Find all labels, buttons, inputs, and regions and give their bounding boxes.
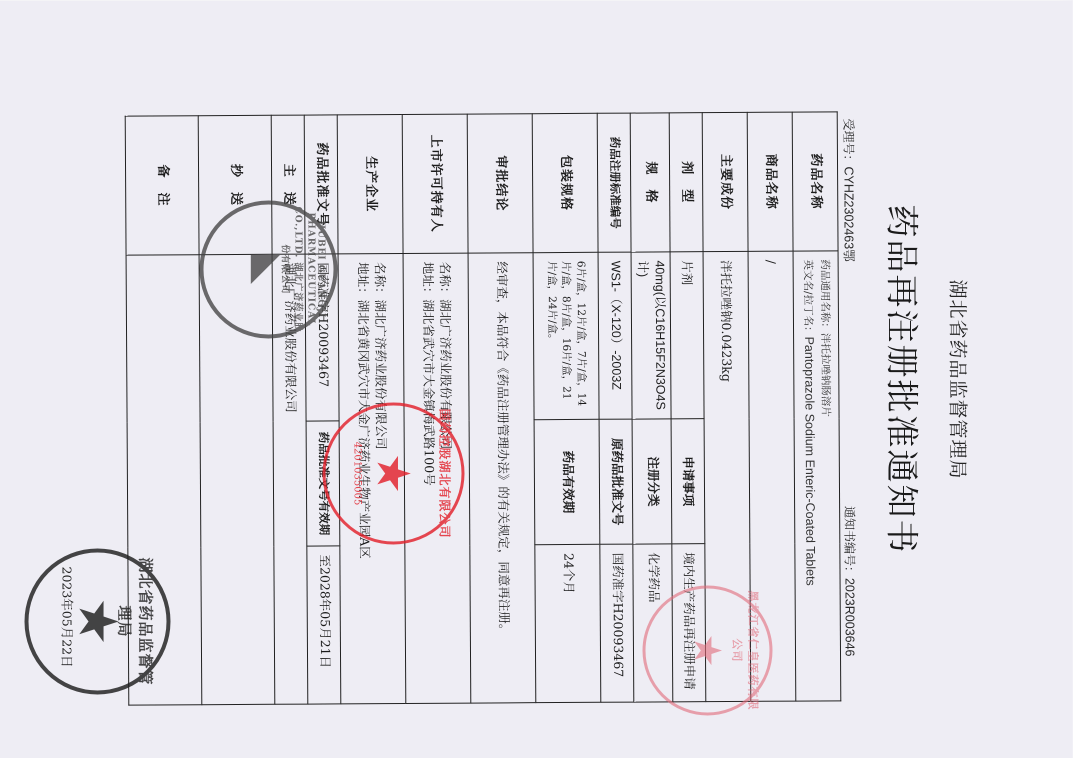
value-remarks [126,255,202,705]
label-approval-number: 药品批准文号 [304,115,338,254]
mah-name: 名称：湖北广济药业股份有限公司 [436,262,456,695]
table-row-main-ingredient: 主要成份 泮托拉唑钠0.0423kg [702,112,751,701]
star-icon: ★ [71,597,125,645]
label-main-recipient: 主 送 [271,115,305,254]
value-trade-name: / [748,251,796,701]
table-row-drug-name: 药品名称 药品通用名称：泮托拉唑钠肠溶片 英文名/拉丁名：Pantoprazol… [792,112,841,701]
acceptance-number: 受理号：CYHZ2302463鄂 [841,119,859,262]
notice-number: 通知书编号：2023R003646 [842,506,859,657]
value-original-approval-number: 国药准字H20093467 [600,544,634,702]
value-standard-number: WS1-（X-120）-2003Z [598,252,632,419]
value-packaging: 6片/盒，12片/盒，7片/盒，14片/盒，8片/盒，16片/盒，21片/盒，2… [533,252,599,419]
value-application-type: 境内生产药品再注册申请 [672,544,706,702]
label-dosage-form: 剂 型 [669,113,703,252]
table-row-remarks: 备 注 [125,116,202,705]
table-row-conclusion: 审批结论 经审查，本品符合《药品注册管理办法》的有关规定，同意再注册。 [467,114,536,703]
value-dosage-form: 片剂 [670,252,704,419]
document-title: 药品再注册批准通知书 [881,1,928,758]
value-manufacturer: 名称：湖北广济药业股份有限公司 地址：湖北省黄冈武穴市大金广济药业生物产业园A区 [338,253,406,703]
table-row-main-recipient: 主 送 湖北广济药业股份有限公司 [271,115,308,704]
label-application-type: 申请事项 [671,419,705,544]
label-mah: 上市许可持有人 [402,114,468,253]
value-cc [199,254,275,704]
value-conclusion: 经审查，本品符合《药品注册管理办法》的有关规定，同意再注册。 [468,253,536,703]
label-drug-name: 药品名称 [792,112,838,251]
label-specification: 规 格 [630,113,670,252]
value-main-ingredient: 泮托拉唑钠0.0423kg [703,251,751,701]
label-manufacturer: 生产企业 [337,114,403,253]
table-row-manufacturer: 生产企业 名称：湖北广济药业股份有限公司 地址：湖北省黄冈武穴市大金广济药业生物… [337,114,406,703]
approval-notice-page: 湖北省药品监督管理局 药品再注册批准通知书 受理号：CYHZ2302463鄂 通… [0,1,1073,758]
label-shelf-life: 药品有效期 [534,419,600,544]
table-row-trade-name: 商品名称 / [747,112,796,701]
value-drug-name: 药品通用名称：泮托拉唑钠肠溶片 英文名/拉丁名：Pantoprazole Sod… [793,251,841,701]
label-cc: 抄 送 [198,115,272,254]
value-registration-category: 化学药品 [633,544,673,702]
label-remarks: 备 注 [125,116,199,255]
table-row-dosage-form: 剂 型 片剂 申请事项 境内生产药品再注册申请 [669,113,706,702]
value-specification: 40mg(以C16H15F2N3O4S计) [631,252,671,419]
approval-table: 药品名称 药品通用名称：泮托拉唑钠肠溶片 英文名/拉丁名：Pantoprazol… [125,111,841,705]
label-standard-number: 药品注册标准编号 [597,113,631,252]
manufacturer-address: 地址：湖北省黄冈武穴市大金广济药业生物产业园A区 [354,262,374,695]
table-row-specification: 规 格 40mg(以C16H15F2N3O4S计) 注册分类 化学药品 [630,113,672,702]
mah-address: 地址：湖北省武穴市大金镇梅武路100号 [419,262,439,695]
value-approval-number: 国药准字H20093467 [305,254,339,421]
table-row-approval-number: 药品批准文号 国药准字H20093467 药品批准文号有效期 至2028年05月… [304,115,341,704]
issue-date: 2023年05月22日 [59,567,77,668]
label-conclusion: 审批结论 [467,114,533,253]
value-main-recipient: 湖北广济药业股份有限公司 [272,254,308,704]
table-row-cc: 抄 送 [198,115,275,704]
label-registration-category: 注册分类 [632,419,672,544]
issuing-agency: 湖北省药品监督管理局 [946,1,973,758]
value-approval-validity: 至2028年05月21日 [307,546,341,704]
value-mah: 名称：湖北广济药业股份有限公司 地址：湖北省武穴市大金镇梅武路100号 [403,253,471,703]
label-packaging: 包装规格 [532,113,598,252]
label-approval-validity: 药品批准文号有效期 [306,421,340,546]
label-trade-name: 商品名称 [747,112,793,251]
value-shelf-life: 24个月 [535,544,601,702]
table-row-packaging: 包装规格 6片/盒，12片/盒，7片/盒，14片/盒，8片/盒，16片/盒，21… [532,113,601,702]
manufacturer-name: 名称：湖北广济药业股份有限公司 [371,262,391,695]
table-row-standard-number: 药品注册标准编号 WS1-（X-120）-2003Z 原药品批准文号 国药准字H… [597,113,634,702]
label-original-approval-number: 原药品批准文号 [599,419,633,544]
label-main-ingredient: 主要成份 [702,112,748,251]
table-row-mah: 上市许可持有人 名称：湖北广济药业股份有限公司 地址：湖北省武穴市大金镇梅武路1… [402,114,471,703]
